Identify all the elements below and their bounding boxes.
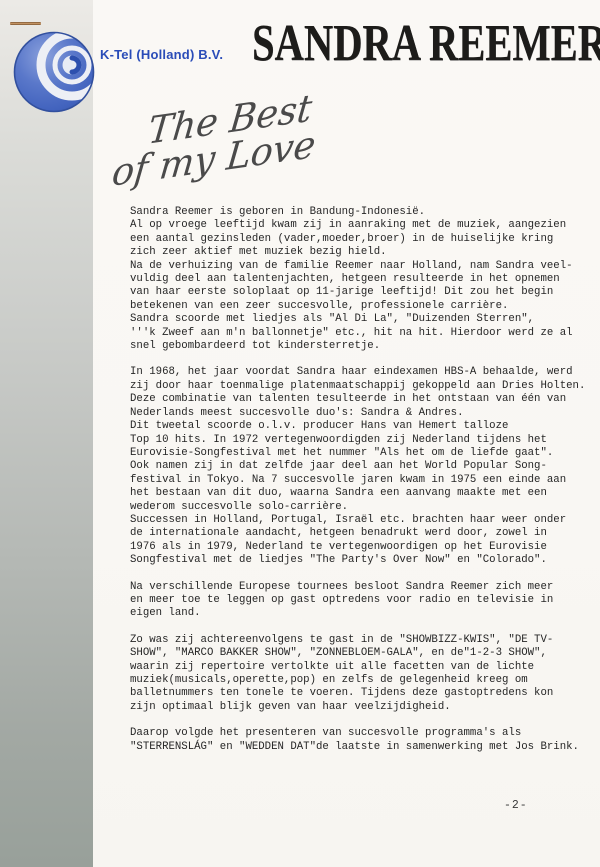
paragraph-early-life: Sandra Reemer is geboren in Bandung-Indo… [130, 206, 600, 353]
paragraph-presenting: Daarop volgde het presenteren van succes… [130, 727, 600, 754]
ktel-logo-icon [13, 31, 95, 113]
company-name: K-Tel (Holland) B.V. [100, 47, 223, 62]
page-number: -2- [504, 799, 528, 812]
scanned-press-page: K-Tel (Holland) B.V. SANDRA REEMER The B… [0, 0, 600, 867]
left-gradient-strip [0, 0, 93, 867]
artist-title: SANDRA REEMER [252, 14, 600, 73]
staple-mark [10, 22, 41, 25]
paragraph-tv-shows: Zo was zij achtereenvolgens te gast in d… [130, 634, 600, 714]
paragraph-duo-career: In 1968, het jaar voordat Sandra haar ei… [130, 366, 600, 567]
biography-text: Sandra Reemer is geboren in Bandung-Indo… [130, 206, 600, 767]
paragraph-tournees: Na verschillende Europese tournees beslo… [130, 581, 600, 621]
